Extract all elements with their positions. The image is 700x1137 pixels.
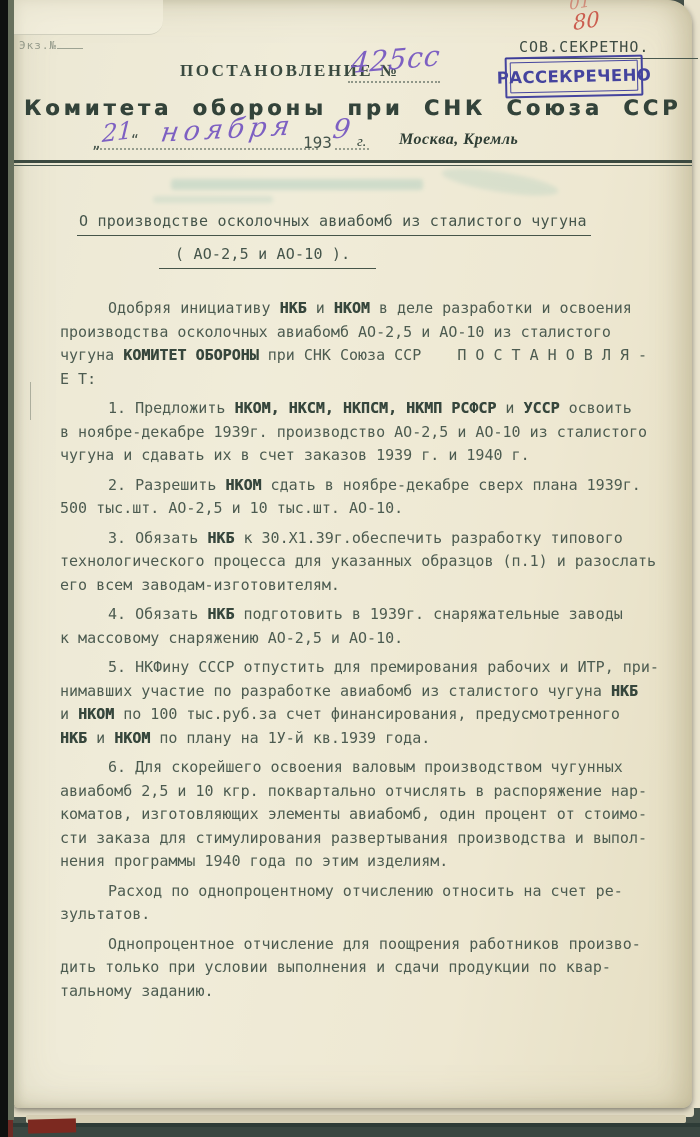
date-close-quote: “ [131, 133, 139, 148]
text-line: дить только при условии выполнения и сда… [60, 956, 682, 980]
date-open-quote: „ [92, 136, 100, 152]
text-line: 6. Для скорейшего освоения валовым произ… [60, 756, 682, 780]
text-line: Е Т: [60, 368, 682, 392]
date-year-printed: 193 [303, 133, 332, 152]
paragraph: 2. Разрешить НКОМ сдать в ноябре-декабре… [60, 474, 682, 521]
text-line: НКБ и НКОМ по плану на 1У-й кв.1939 года… [60, 727, 682, 751]
classification-label: СОВ.СЕКРЕТНО. [519, 38, 649, 56]
date-year-suffix: г. [357, 134, 366, 151]
paragraph: Расход по однопроцентному отчислению отн… [60, 880, 682, 927]
declassified-stamp-text: РАССЕКРЕЧЕНО [510, 60, 639, 94]
ghost-offset-text [171, 179, 423, 190]
text-line: нения программы 1940 года по этим издели… [60, 850, 682, 874]
text-line: 5. НКФину СССР отпустить для премировани… [60, 656, 682, 680]
paragraph: 5. НКФину СССР отпустить для премировани… [60, 656, 682, 750]
text-line: 500 тыс.шт. АО-2,5 и 10 тыс.шт. АО-10. [60, 497, 682, 521]
text-line: коматов, изготовляющих элементы авиабомб… [60, 803, 682, 827]
scan-left-edge [0, 0, 8, 1137]
document-page: Экз.№ 01 80 СОВ.СЕКРЕТНО. РАССЕКРЕЧЕНО П… [13, 0, 692, 1108]
text-line: производства осколочных авиабомб АО-2,5 … [60, 321, 682, 345]
text-line: чугуна КОМИТЕТ ОБОРОНЫ при СНК Союза ССР… [60, 344, 682, 368]
text-line: нимавших участие по разработке авиабомб … [60, 680, 682, 704]
under-sheet-2 [26, 1115, 686, 1123]
exemplar-number-label: Экз.№ [19, 38, 83, 52]
red-handwritten-number: 80 [573, 7, 600, 35]
header-rule-thin [13, 165, 692, 166]
paragraph: 3. Обязать НКБ к 30.Х1.39г.обеспечить ра… [60, 527, 682, 598]
text-line: Расход по однопроцентному отчислению отн… [60, 880, 682, 904]
document-title-line2: ( АО-2,5 и АО-10 ). [159, 245, 376, 269]
paragraph: 1. Предложить НКОМ, НКСМ, НКПСМ, НКМП РС… [60, 397, 682, 468]
date-day-handwritten: 21 [101, 116, 133, 148]
declassified-stamp: РАССЕКРЕЧЕНО [505, 55, 644, 99]
text-line: 3. Обязать НКБ к 30.Х1.39г.обеспечить ра… [60, 527, 682, 551]
top-left-sheet-corner [13, 0, 163, 35]
text-line: технологического процесса для указанных … [60, 550, 682, 574]
scan-backdrop-edge [0, 1123, 700, 1127]
header-rule [13, 160, 692, 163]
text-line: чугуна и сдавать их в счет заказов 1939 … [60, 444, 682, 468]
text-line: Одобряя инициативу НКБ и НКОМ в деле раз… [60, 297, 682, 321]
text-line: Однопроцентное отчисление для поощрения … [60, 933, 682, 957]
paper-crease [30, 382, 31, 420]
scan-left-sliver [8, 0, 14, 1120]
red-folder-cover-edge [28, 1118, 76, 1133]
text-line: 1. Предложить НКОМ, НКСМ, НКПСМ, НКМП РС… [60, 397, 682, 421]
exemplar-blank-line [57, 38, 83, 49]
text-line: авиабомб 2,5 и 10 кгр. поквартально отчи… [60, 780, 682, 804]
text-line: зультатов. [60, 903, 682, 927]
paragraph: 6. Для скорейшего освоения валовым произ… [60, 756, 682, 874]
paragraph: Однопроцентное отчисление для поощрения … [60, 933, 682, 1004]
document-title-line1: О производстве осколочных авиабомб из ст… [77, 212, 591, 236]
text-line: 2. Разрешить НКОМ сдать в ноябре-декабре… [60, 474, 682, 498]
body-paragraphs: Одобряя инициативу НКБ и НКОМ в деле раз… [60, 297, 682, 1009]
text-line: и НКОМ по 100 тыс.руб.за счет финансиров… [60, 703, 682, 727]
ghost-offset-mark [440, 163, 560, 201]
text-line: сти заказа для стимулирования развертыва… [60, 827, 682, 851]
paragraph: Одобряя инициативу НКБ и НКОМ в деле раз… [60, 297, 682, 391]
text-line: тальному заданию. [60, 980, 682, 1004]
text-line: 4. Обязать НКБ подготовить в 1939г. снар… [60, 603, 682, 627]
text-line: в ноябре-декабре 1939г. производство АО-… [60, 421, 682, 445]
issue-place: Москва, Кремль [399, 131, 518, 149]
ghost-offset-text [153, 196, 273, 203]
text-line: к массовому снаряжению АО-2,5 и АО-10. [60, 627, 682, 651]
text-line: его всем заводам-изготовителям. [60, 574, 682, 598]
paragraph: 4. Обязать НКБ подготовить в 1939г. снар… [60, 603, 682, 650]
